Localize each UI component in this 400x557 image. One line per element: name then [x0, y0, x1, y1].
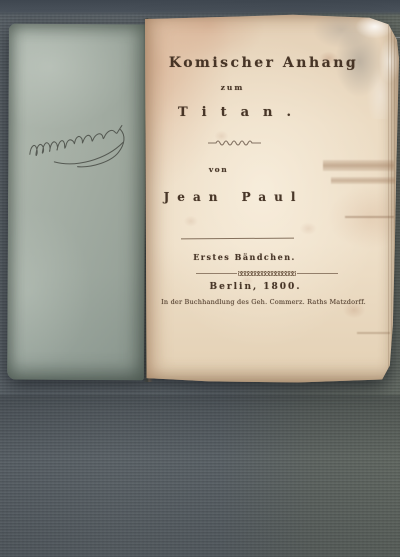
title-page: Komischer Anhang zum Titan. von Jean Pau…: [145, 14, 400, 384]
page-shadow-band: [331, 177, 395, 184]
publisher-imprint-line: In der Buchhandlung des Geh. Commerz. Ra…: [136, 298, 391, 306]
page-shadow-line: [357, 332, 390, 334]
braid-ornament: [238, 271, 296, 276]
handwritten-signature: [21, 109, 149, 179]
page-edge-lines: [388, 24, 397, 372]
ornament-side-line: [297, 273, 338, 274]
chain-ornament-rule: [196, 270, 338, 276]
left-page: [7, 24, 146, 381]
scanned-book-photo: Komischer Anhang zum Titan. von Jean Pau…: [0, 0, 400, 557]
page-shadow-line: [345, 216, 394, 218]
thin-rule: [181, 238, 294, 240]
work-title: Titan.: [114, 105, 369, 120]
ornament-side-line: [196, 273, 237, 274]
book: Komischer Anhang zum Titan. von Jean Pau…: [6, 14, 394, 384]
wavy-rule: [207, 138, 269, 146]
scanner-background: [0, 395, 400, 557]
place-year-line: Berlin, 1800.: [128, 282, 383, 292]
series-title: Komischer Anhang: [136, 55, 391, 71]
volume-line: Erstes Bändchen.: [117, 252, 372, 262]
